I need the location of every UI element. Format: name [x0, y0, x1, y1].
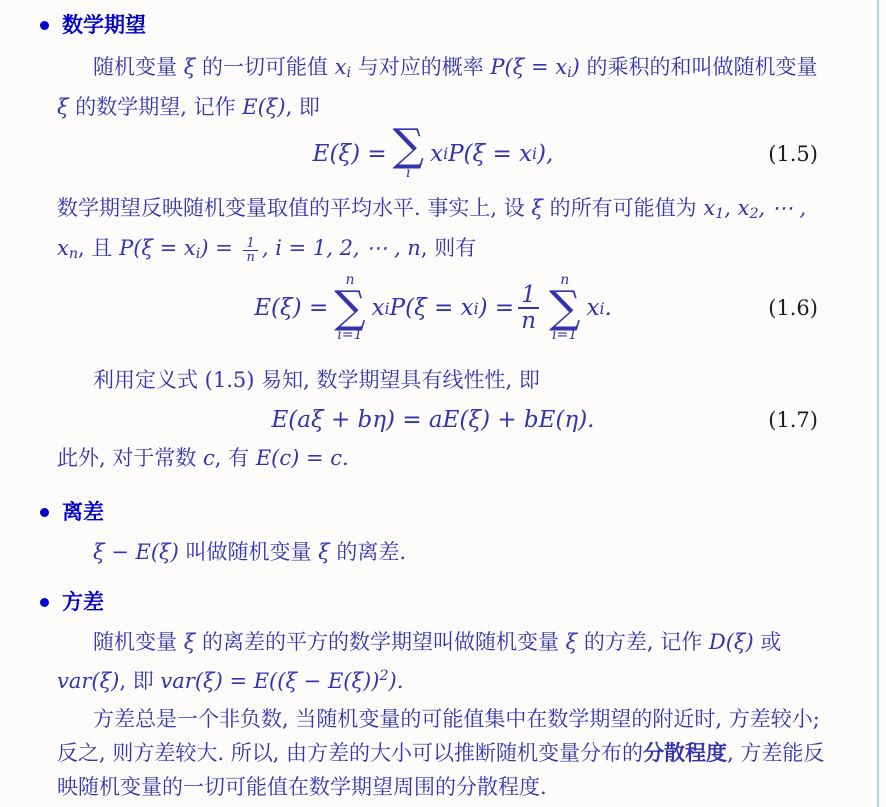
text-run: 的乘积的和叫做随机变量 — [580, 55, 818, 79]
text-run: P(ξ = x — [119, 236, 196, 260]
paragraph-linearity: 利用定义式 (1.5) 易知, 数学期望具有线性性, 即 — [57, 363, 830, 397]
equation-1-6: E(ξ) = n∑i=1xiP(ξ = xi) = 1nn∑i=1xi. (1.… — [36, 273, 830, 343]
sigma-icon: ∑ — [549, 288, 580, 328]
document-page: 数学期望 随机变量 ξ 的一切可能值 xi 与对应的概率 P(ξ = xi) 的… — [0, 0, 886, 807]
paragraph-variance-definition: 随机变量 ξ 的离差的平方的数学期望叫做随机变量 ξ 的方差, 记作 D(ξ) … — [57, 625, 830, 698]
text-run: ), — [537, 141, 553, 167]
text-run: ξ − E(ξ) — [93, 540, 179, 564]
text-run: ξ — [318, 540, 330, 564]
sum-symbol: n∑i=1 — [549, 273, 580, 343]
text-run: x — [335, 55, 347, 79]
text-run: , 且 — [78, 236, 119, 260]
sum-symbol: ∑i — [393, 126, 424, 181]
heading-expectation: 数学期望 — [36, 10, 830, 40]
text-run: E(ξ) = — [254, 295, 328, 321]
text-run: 的一切可能值 — [195, 55, 334, 79]
text-run: E(c) = c. — [256, 446, 349, 470]
equation-1-5: E(ξ) = ∑ixiP(ξ = xi), (1.5) — [36, 126, 830, 181]
text-run: x — [703, 196, 715, 220]
text-run: 与对应的概率 — [351, 55, 490, 79]
fraction: 1n — [243, 237, 257, 265]
text-run: x — [430, 141, 443, 167]
sum-symbol: n∑i=1 — [334, 273, 365, 343]
heading-label: 方差 — [62, 587, 104, 617]
text-run: , 则有 — [421, 236, 476, 260]
text-run: 利用定义式 (1.5) 易知, 数学期望具有线性性, 即 — [93, 368, 540, 392]
text-run: var(ξ) = E((ξ − E(ξ)) — [160, 669, 379, 693]
text-run: x — [372, 295, 385, 321]
text-run: ξ — [566, 630, 578, 654]
text-run: ξ — [531, 196, 543, 220]
text-run: E(ξ) — [242, 95, 285, 119]
text-run: P(ξ = x — [448, 141, 532, 167]
paragraph-constant: 此外, 对于常数 c, 有 E(c) = c. — [57, 441, 830, 475]
text-run: 的所有可能值为 — [543, 196, 703, 220]
bullet-icon — [40, 598, 49, 607]
text-run: , x — [724, 196, 749, 220]
text-run: ). — [389, 669, 404, 693]
paragraph-deviation-definition: ξ − E(ξ) 叫做随机变量 ξ 的离差. — [57, 535, 830, 569]
equation-body: E(aξ + bη) = aE(ξ) + bE(η). — [272, 407, 595, 433]
paragraph-expectation-average: 数学期望反映随机变量取值的平均水平. 事实上, 设 ξ 的所有可能值为 x1, … — [57, 191, 830, 271]
bullet-icon — [40, 21, 49, 30]
text-run: 2 — [749, 206, 758, 222]
equation-number: (1.6) — [768, 296, 818, 320]
text-run: n — [69, 246, 78, 262]
text-run: ) = — [479, 295, 515, 321]
text-run: ) = — [200, 236, 239, 260]
text-run: 2 — [379, 668, 388, 684]
equation-number: (1.7) — [768, 408, 818, 432]
text-run: 随机变量 — [93, 630, 184, 654]
text-run: 分散程度 — [643, 740, 727, 765]
text-run: P(ξ = x — [390, 295, 474, 321]
sigma-icon: ∑ — [334, 288, 365, 328]
text-run: c — [203, 446, 215, 470]
text-run: , 即 — [286, 95, 320, 119]
text-run: var(ξ) — [57, 669, 119, 693]
heading-label: 离差 — [62, 497, 104, 527]
equation-1-7: E(aξ + bη) = aE(ξ) + bE(η). (1.7) — [36, 407, 830, 433]
text-run: 或 — [754, 630, 782, 654]
fraction: 1n — [518, 283, 539, 333]
equation-body: E(ξ) = ∑ixiP(ξ = xi), — [313, 126, 554, 181]
text-run: P(ξ = x — [490, 55, 567, 79]
text-run: 的离差的平方的数学期望叫做随机变量 — [195, 630, 565, 654]
text-run: 的方差, 记作 — [577, 630, 709, 654]
heading-deviation: 离差 — [36, 497, 830, 527]
text-run: 的离差. — [330, 540, 406, 564]
section-deviation: 离差 ξ − E(ξ) 叫做随机变量 ξ 的离差. — [36, 497, 830, 569]
page-content: 数学期望 随机变量 ξ 的一切可能值 xi 与对应的概率 P(ξ = xi) 的… — [0, 0, 886, 804]
text-run: 随机变量 — [93, 55, 184, 79]
text-run: 此外, 对于常数 — [57, 446, 203, 470]
text-run: 的数学期望, 记作 — [69, 95, 243, 119]
page-right-border — [877, 0, 879, 807]
section-expectation: 数学期望 随机变量 ξ 的一切可能值 xi 与对应的概率 P(ξ = xi) 的… — [36, 10, 830, 475]
paragraph-variance-meaning: 方差总是一个非负数, 当随机变量的可能值集中在数学期望的附近时, 方差较小; 反… — [57, 702, 830, 804]
text-run: ξ — [57, 95, 69, 119]
paragraph-expectation-definition: 随机变量 ξ 的一切可能值 xi 与对应的概率 P(ξ = xi) 的乘积的和叫… — [57, 50, 830, 124]
bullet-icon — [40, 508, 49, 517]
section-variance: 方差 随机变量 ξ 的离差的平方的数学期望叫做随机变量 ξ 的方差, 记作 D(… — [36, 587, 830, 804]
equation-body: E(ξ) = n∑i=1xiP(ξ = xi) = 1nn∑i=1xi. — [254, 273, 612, 343]
text-run: D(ξ) — [709, 630, 754, 654]
text-run: , 即 — [119, 669, 160, 693]
equation-number: (1.5) — [768, 142, 818, 166]
text-run: E(aξ + bη) = aE(ξ) + bE(η). — [272, 407, 595, 433]
text-run: 叫做随机变量 — [179, 540, 318, 564]
text-run: 数学期望反映随机变量取值的平均水平. 事实上, 设 — [57, 196, 531, 220]
text-run: ) — [572, 55, 580, 79]
text-run: , 有 — [215, 446, 256, 470]
text-run: , i = 1, 2, ⋯ , n — [262, 236, 421, 260]
text-run: 1 — [715, 206, 724, 222]
text-run: ξ — [184, 55, 196, 79]
text-run: . — [604, 295, 611, 321]
text-run: x — [586, 295, 599, 321]
heading-variance: 方差 — [36, 587, 830, 617]
sigma-icon: ∑ — [393, 126, 424, 166]
text-run: ξ — [184, 630, 196, 654]
heading-label: 数学期望 — [62, 10, 146, 40]
text-run: E(ξ) = — [313, 141, 387, 167]
